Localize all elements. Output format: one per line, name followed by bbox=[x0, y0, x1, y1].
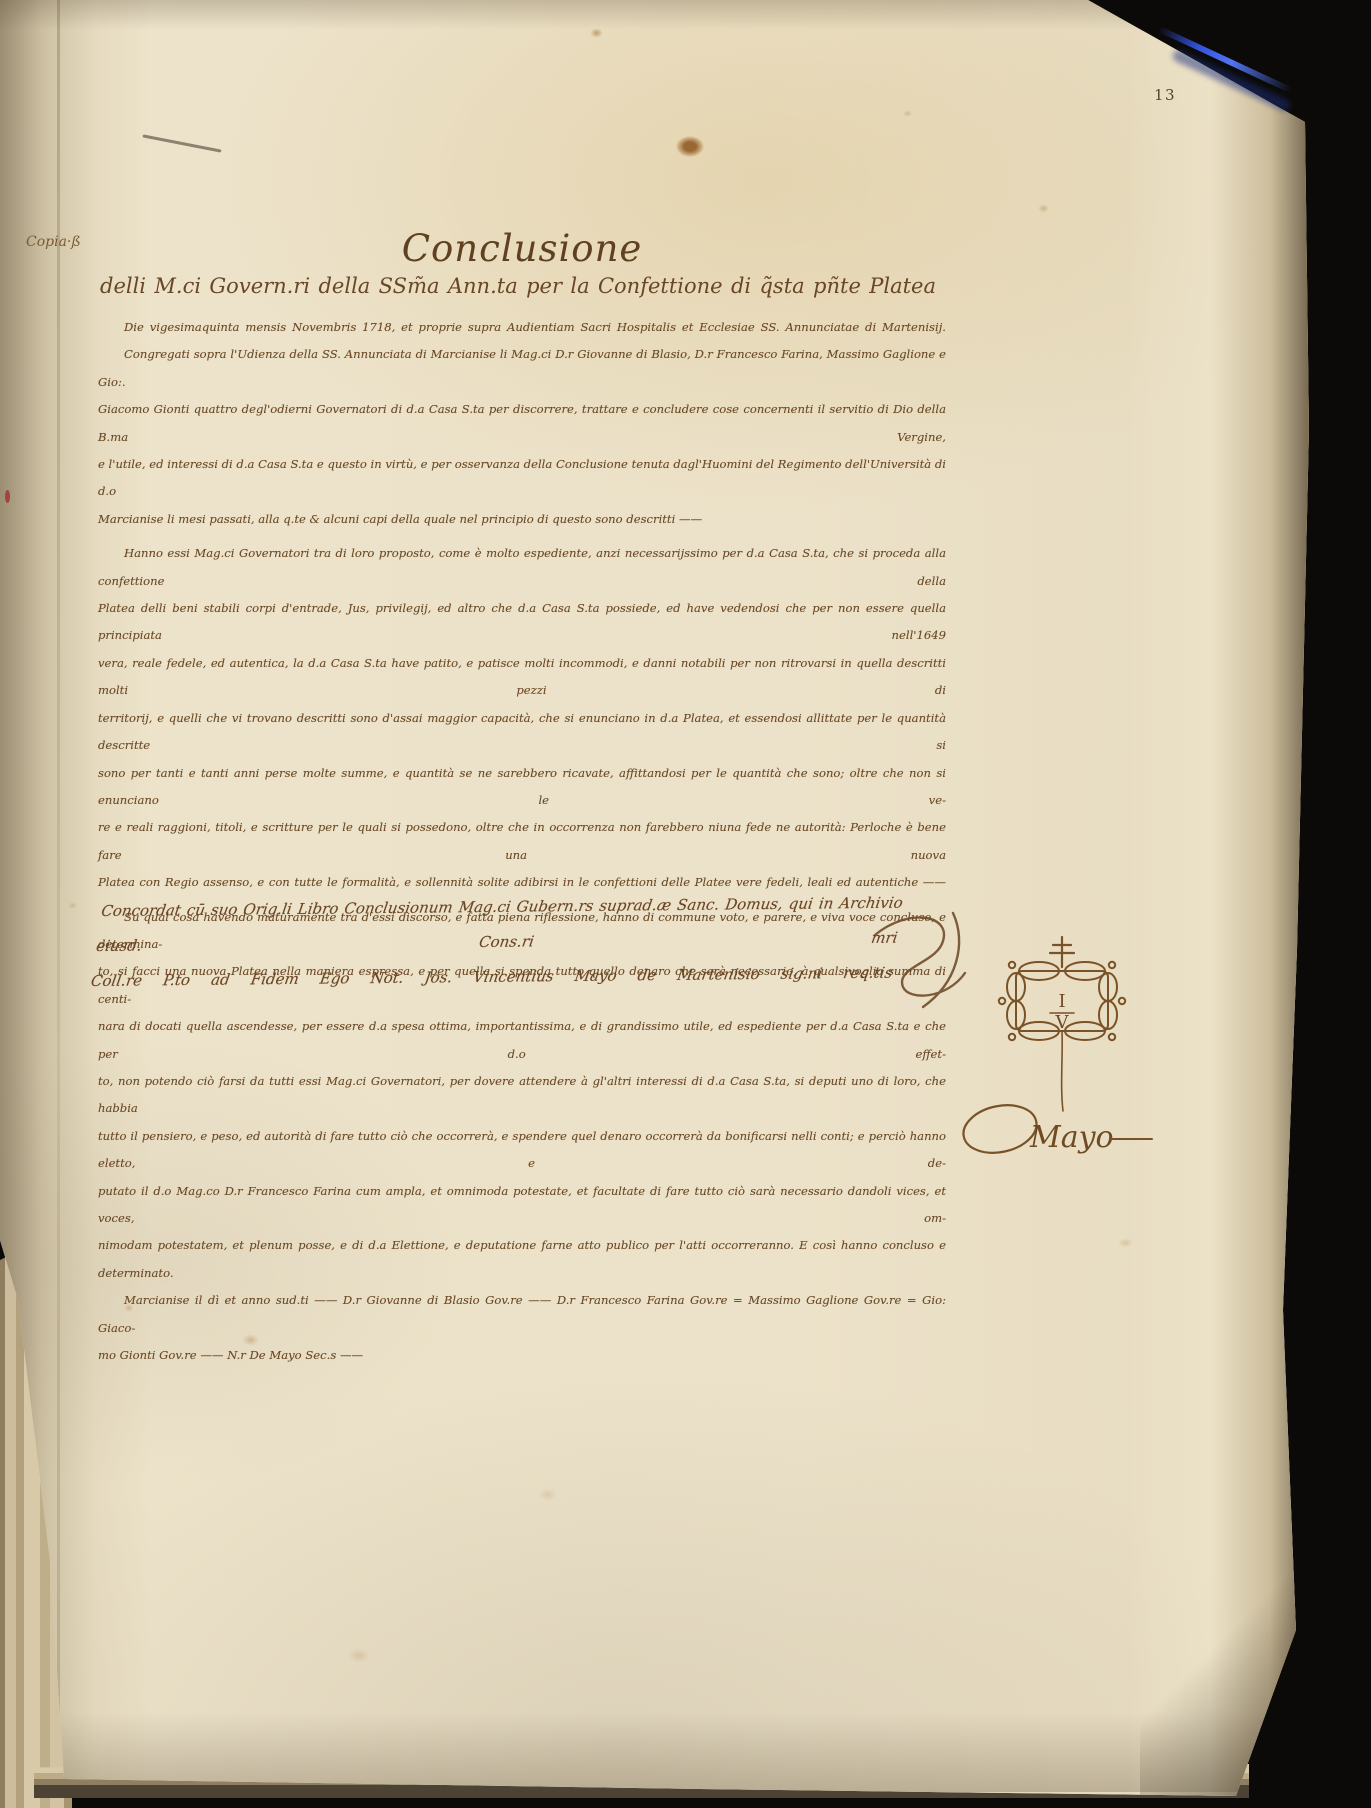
body-line: putato il d.o Mag.co D.r Francesco Farin… bbox=[98, 1178, 946, 1233]
body-line: Marcianise li mesi passati, alla q.te & … bbox=[98, 506, 946, 533]
seal-cross bbox=[1050, 937, 1074, 967]
manuscript-page: 13 Copia·ß Conclusione delli M.ci Govern… bbox=[0, 0, 1371, 1808]
body-line: mo Gionti Gov.re —— N.r De Mayo Sec.s —— bbox=[98, 1342, 946, 1369]
stain-spot bbox=[903, 110, 912, 117]
notary-seal: I V Mayo bbox=[950, 925, 1160, 1165]
document-title: Conclusione bbox=[98, 230, 946, 267]
stain-spot bbox=[676, 136, 704, 157]
stain-spot bbox=[348, 1648, 370, 1663]
body-line: Giacomo Gionti quattro degl'odierni Gove… bbox=[98, 396, 946, 451]
notary-signature: Mayo bbox=[959, 1099, 1152, 1159]
body-line: tutto il pensiero, e peso, ed autorità d… bbox=[98, 1123, 946, 1178]
body-line: nara di docati quella ascendesse, per es… bbox=[98, 1013, 946, 1068]
stain-spot bbox=[1118, 1238, 1133, 1248]
stain-spot bbox=[68, 902, 77, 909]
body-line: to, non potendo ciò farsi da tutti essi … bbox=[98, 1068, 946, 1123]
vertical-crease bbox=[57, 0, 60, 1778]
body-line: Hanno essi Mag.ci Governatori tra di lor… bbox=[98, 540, 946, 595]
body-line: sono per tanti e tanti anni perse molte … bbox=[98, 760, 946, 815]
body-line: Congregati sopra l'Udienza della SS. Ann… bbox=[98, 341, 946, 396]
seal-monogram: I V bbox=[1055, 991, 1070, 1033]
body-line: Platea delli beni stabili corpi d'entrad… bbox=[98, 595, 946, 650]
stain-spot bbox=[590, 28, 603, 38]
top-edge-shadow bbox=[0, 0, 1371, 30]
document-body: Die vigesimaquinta mensis Novembris 1718… bbox=[98, 314, 946, 1369]
folio-number: 13 bbox=[1154, 86, 1176, 104]
body-line: Marcianise il dì et anno sud.ti —— D.r G… bbox=[98, 1287, 946, 1342]
svg-text:I: I bbox=[1058, 991, 1065, 1012]
stain-spot bbox=[1038, 204, 1049, 213]
right-page-curl bbox=[1128, 0, 1310, 1808]
body-line: vera, reale fedele, ed autentica, la d.a… bbox=[98, 650, 946, 705]
ink-streak bbox=[142, 134, 221, 152]
body-line: Die vigesimaquinta mensis Novembris 1718… bbox=[98, 314, 946, 341]
body-line: territorij, e quelli che vi trovano desc… bbox=[98, 705, 946, 760]
photograph-of-manuscript: 13 Copia·ß Conclusione delli M.ci Govern… bbox=[0, 0, 1371, 1808]
svg-text:Mayo: Mayo bbox=[1029, 1120, 1114, 1155]
margin-annotation: Copia·ß bbox=[26, 234, 81, 250]
document-subtitle: delli M.ci Govern.ri della SSm̃a Ann.ta … bbox=[100, 274, 936, 298]
attestation-line: Concordat cū suo Orig.li Libro Conclusio… bbox=[94, 886, 906, 964]
body-line: e l'utile, ed interessi di d.a Casa S.ta… bbox=[98, 451, 946, 506]
body-line: re e reali raggioni, titoli, e scritture… bbox=[98, 814, 946, 869]
seal-tail bbox=[1062, 1031, 1063, 1111]
body-line: nimodam potestatem, et plenum posse, e d… bbox=[98, 1232, 946, 1287]
stain-spot bbox=[538, 1488, 557, 1501]
notarial-attestation: Concordat cū suo Orig.li Libro Conclusio… bbox=[88, 886, 905, 999]
svg-text:V: V bbox=[1055, 1012, 1070, 1033]
bottom-right-curl-shadow bbox=[1140, 1540, 1310, 1800]
red-mark bbox=[5, 490, 10, 503]
